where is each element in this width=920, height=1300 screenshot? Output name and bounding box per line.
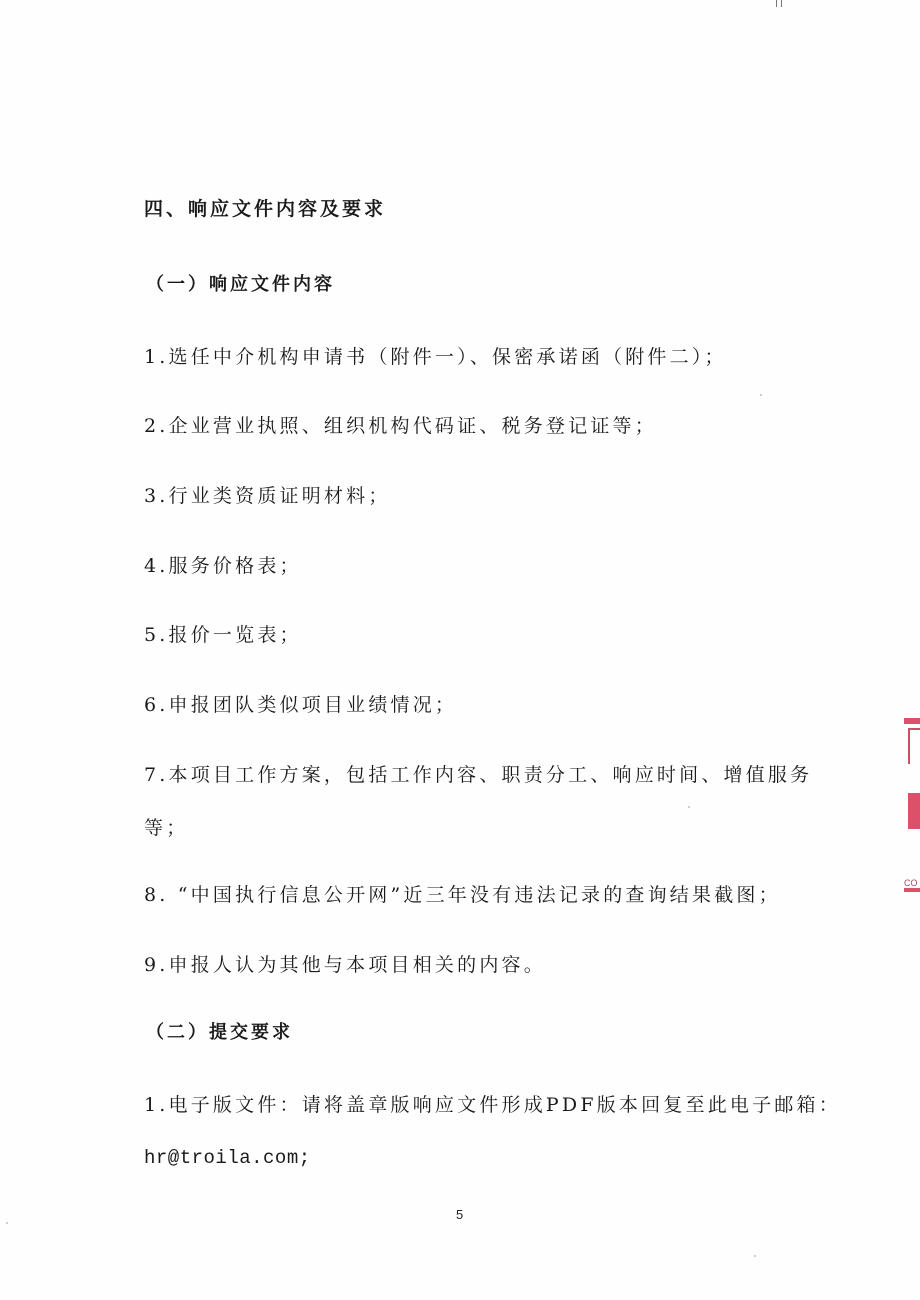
- seal-fragment: [908, 728, 920, 764]
- list-item: 3.行业类资质证明材料；: [144, 483, 391, 509]
- list-item: 1.电子版文件：请将盖章版响应文件形成PDF版本回复至此电子邮箱：: [144, 1092, 841, 1118]
- list-item: 9.申报人认为其他与本项目相关的内容。: [144, 952, 546, 978]
- scan-speck: [6, 1222, 8, 1224]
- scan-speck: [688, 806, 690, 808]
- seal-fragment-text: CO: [904, 878, 920, 886]
- subsection-title-requirements: （二）提交要求: [146, 1020, 293, 1046]
- seal-fragment: [908, 793, 920, 829]
- scan-speck: [754, 1255, 756, 1257]
- subsection-title-contents: （一）响应文件内容: [146, 272, 335, 298]
- scan-speck: [760, 394, 762, 396]
- list-item: 6.申报团队类似项目业绩情况；: [144, 692, 457, 718]
- list-item: 2.企业营业执照、组织机构代码证、税务登记证等；: [144, 413, 657, 439]
- seal-fragment: [904, 718, 920, 724]
- page-number: 5: [456, 1207, 463, 1222]
- list-item: 4.服务价格表；: [144, 553, 302, 579]
- list-item-continuation: 等；: [144, 815, 188, 841]
- binding-mark: [776, 0, 782, 7]
- email-address: hr@troila.com;: [144, 1145, 311, 1171]
- section-title: 四、响应文件内容及要求: [144, 196, 386, 222]
- list-item: 1.选任中介机构申请书（附件一）、保密承诺函（附件二）；: [144, 344, 727, 370]
- seal-fragment: [904, 888, 920, 892]
- list-item: 5.报价一览表；: [144, 622, 302, 648]
- list-item: 7.本项目工作方案，包括工作内容、职责分工、响应时间、增值服务: [144, 762, 812, 788]
- document-page: 四、响应文件内容及要求 （一）响应文件内容 1.选任中介机构申请书（附件一）、保…: [0, 0, 920, 1300]
- list-item: 8. “中国执行信息公开网”近三年没有违法记录的查询结果截图；: [144, 882, 781, 908]
